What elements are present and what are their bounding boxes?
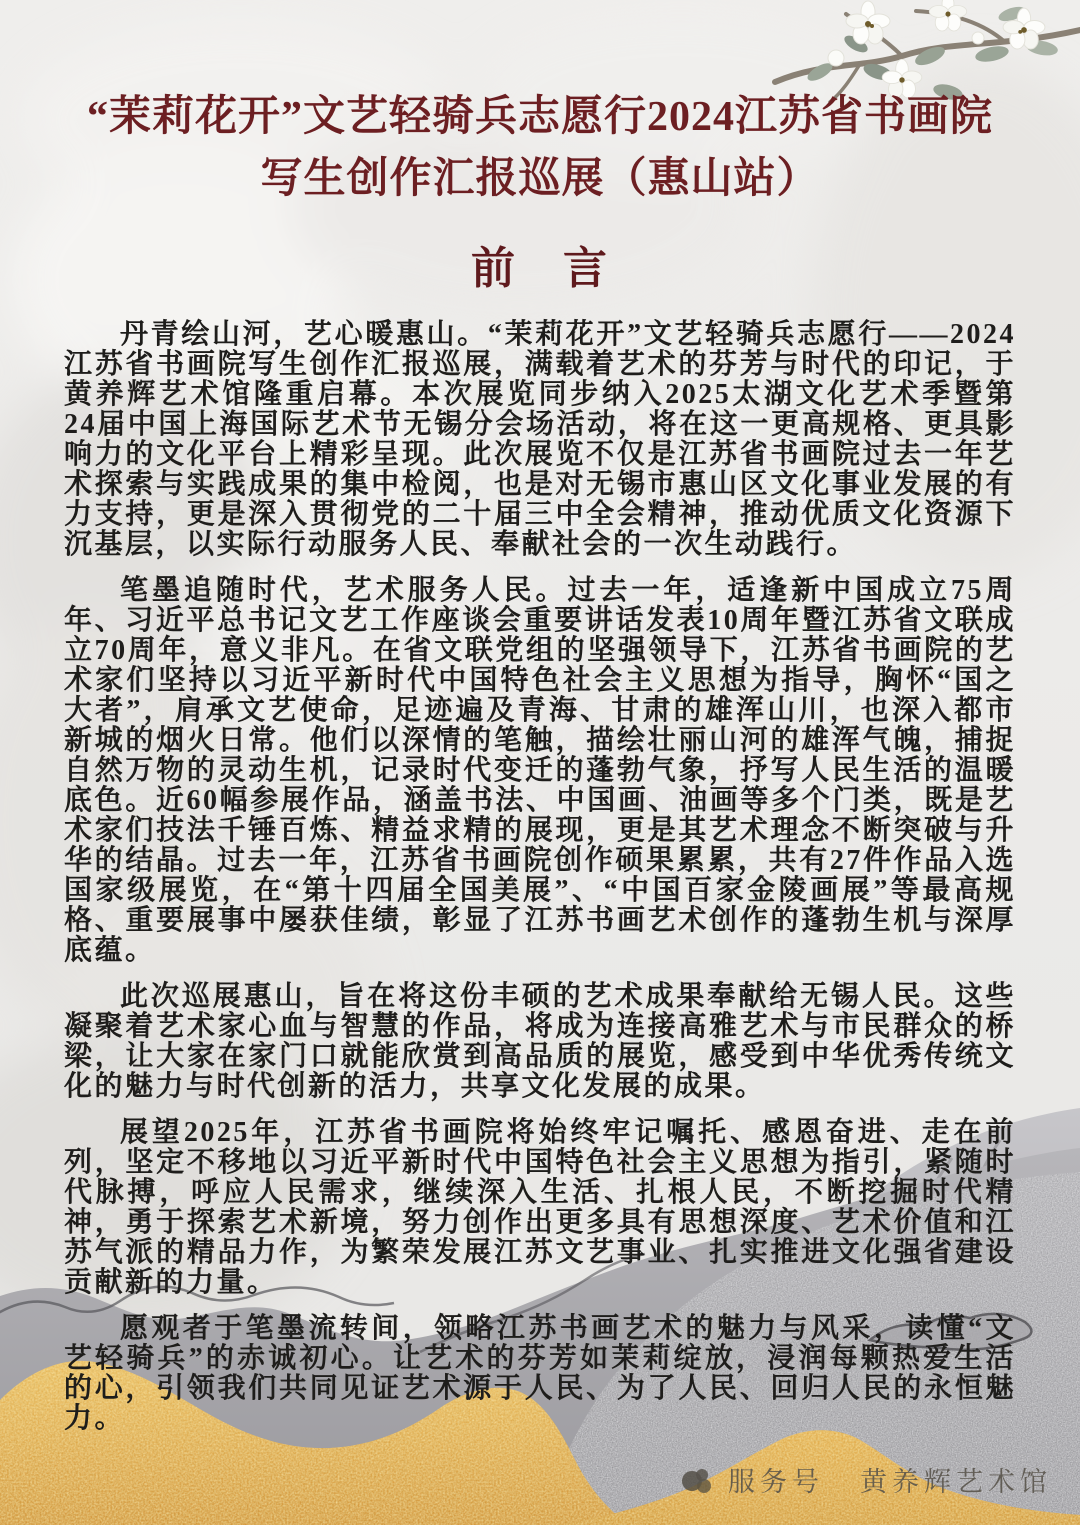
art-museum-logo-icon — [680, 1465, 714, 1495]
preface-paragraph: 此次巡展惠山，旨在将这份丰硕的艺术成果奉献给无锡人民。这些凝聚着艺术家心血与智慧… — [64, 982, 1016, 1102]
preface-paragraph: 展望2025年，江苏省书画院将始终牢记嘱托、感恩奋进、走在前列，坚定不移地以习近… — [64, 1118, 1016, 1298]
account-watermark: 服务号 黄养辉艺术馆 — [680, 1460, 1052, 1499]
poster-title: “茉莉花开”文艺轻骑兵志愿行2024江苏省书画院 写生创作汇报巡展（惠山站） — [64, 86, 1016, 210]
preface-paragraph: 笔墨追随时代，艺术服务人民。过去一年，适逢新中国成立75周年、习近平总书记文艺工… — [64, 576, 1016, 966]
section-heading-preface: 前 言 — [64, 244, 1016, 294]
watermark-account-name: 黄养辉艺术馆 — [860, 1460, 1052, 1499]
preface-paragraph: 愿观者于笔墨流转间，领略江苏书画艺术的魅力与风采，读懂“文艺轻骑兵”的赤诚初心。… — [64, 1314, 1016, 1434]
preface-content: “茉莉花开”文艺轻骑兵志愿行2024江苏省书画院 写生创作汇报巡展（惠山站） 前… — [64, 86, 1016, 1450]
exhibition-preface-poster: “茉莉花开”文艺轻骑兵志愿行2024江苏省书画院 写生创作汇报巡展（惠山站） 前… — [0, 0, 1080, 1525]
preface-body: 丹青绘山河，艺心暖惠山。“茉莉花开”文艺轻骑兵志愿行——2024江苏省书画院写生… — [64, 320, 1016, 1434]
preface-paragraph: 丹青绘山河，艺心暖惠山。“茉莉花开”文艺轻骑兵志愿行——2024江苏省书画院写生… — [64, 320, 1016, 560]
title-line-1: “茉莉花开”文艺轻骑兵志愿行2024江苏省书画院 — [64, 86, 1016, 148]
watermark-account-type: 服务号 — [728, 1460, 824, 1499]
title-line-2: 写生创作汇报巡展（惠山站） — [64, 148, 1016, 210]
